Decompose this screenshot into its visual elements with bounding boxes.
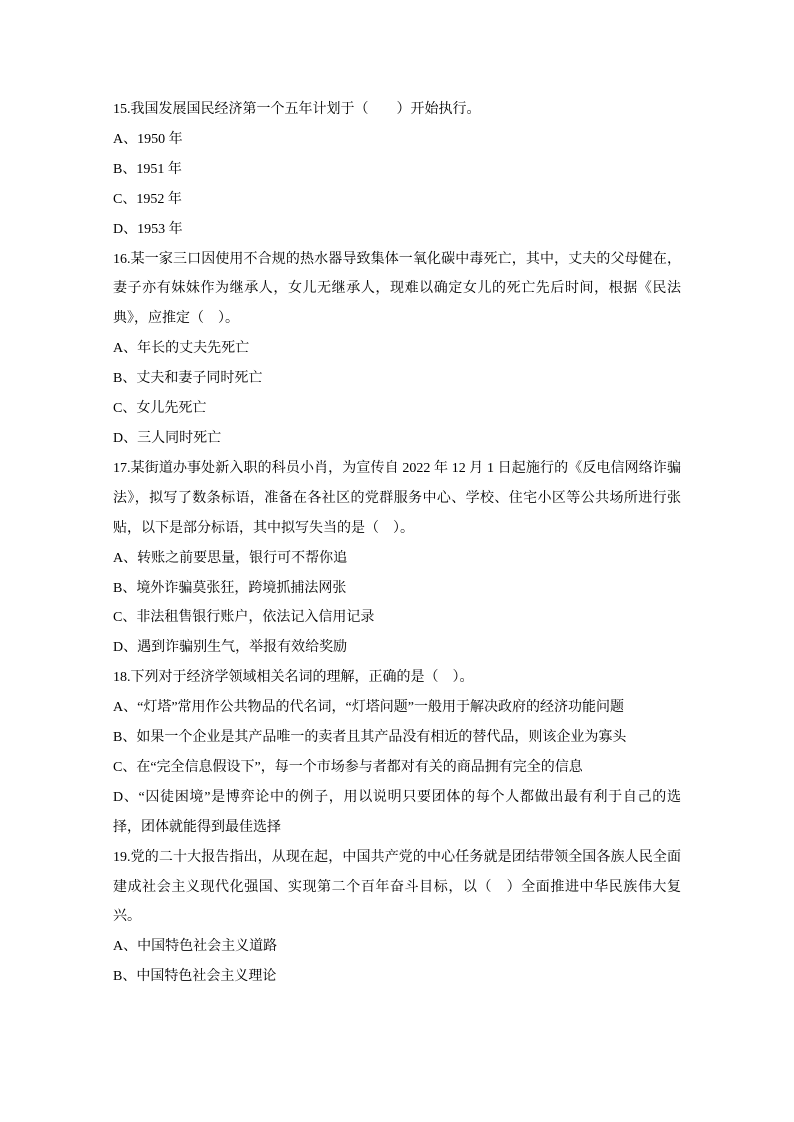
question-18-option-b: B、如果一个企业是其产品唯一的卖者且其产品没有相近的替代品，则该企业为寡头 xyxy=(113,723,681,753)
document-page: 15.我国发展国民经济第一个五年计划于（ ）开始执行。 A、1950 年 B、1… xyxy=(0,0,794,1122)
question-16-option-d: D、三人同时死亡 xyxy=(113,424,681,454)
question-18-stem: 18.下列对于经济学领域相关名词的理解，正确的是（ ）。 xyxy=(113,663,681,693)
question-18-option-a: A、“灯塔”常用作公共物品的代名词，“灯塔问题”一般用于解决政府的经济功能问题 xyxy=(113,693,681,723)
question-16-stem: 16.某一家三口因使用不合规的热水器导致集体一氧化碳中毒死亡，其中，丈夫的父母健… xyxy=(113,245,681,335)
question-19-option-b: B、中国特色社会主义理论 xyxy=(113,962,681,992)
question-19-stem: 19.党的二十大报告指出，从现在起，中国共产党的中心任务就是团结带领全国各族人民… xyxy=(113,843,681,933)
question-15-stem: 15.我国发展国民经济第一个五年计划于（ ）开始执行。 xyxy=(113,95,681,125)
question-15-option-c: C、1952 年 xyxy=(113,185,681,215)
question-16-option-c: C、女儿先死亡 xyxy=(113,394,681,424)
question-18-option-d: D、“囚徒困境”是博弈论中的例子，用以说明只要团体的每个人都做出最有利于自己的选… xyxy=(113,783,681,843)
question-18-option-c: C、在“完全信息假设下”，每一个市场参与者都对有关的商品拥有完全的信息 xyxy=(113,753,681,783)
question-17: 17.某街道办事处新入职的科员小肖，为宣传自 2022 年 12 月 1 日起施… xyxy=(113,454,681,663)
question-15: 15.我国发展国民经济第一个五年计划于（ ）开始执行。 A、1950 年 B、1… xyxy=(113,95,681,245)
question-17-option-a: A、转账之前要思量，银行可不帮你追 xyxy=(113,544,681,574)
question-18: 18.下列对于经济学领域相关名词的理解，正确的是（ ）。 A、“灯塔”常用作公共… xyxy=(113,663,681,842)
question-17-stem: 17.某街道办事处新入职的科员小肖，为宣传自 2022 年 12 月 1 日起施… xyxy=(113,454,681,544)
question-15-option-a: A、1950 年 xyxy=(113,125,681,155)
question-15-option-d: D、1953 年 xyxy=(113,215,681,245)
question-16-option-b: B、丈夫和妻子同时死亡 xyxy=(113,364,681,394)
question-17-option-b: B、境外诈骗莫张狂，跨境抓捕法网张 xyxy=(113,574,681,604)
question-16: 16.某一家三口因使用不合规的热水器导致集体一氧化碳中毒死亡，其中，丈夫的父母健… xyxy=(113,245,681,454)
question-19-option-a: A、中国特色社会主义道路 xyxy=(113,932,681,962)
question-15-option-b: B、1951 年 xyxy=(113,155,681,185)
question-17-option-c: C、非法租售银行账户，依法记入信用记录 xyxy=(113,603,681,633)
question-19: 19.党的二十大报告指出，从现在起，中国共产党的中心任务就是团结带领全国各族人民… xyxy=(113,843,681,993)
question-16-option-a: A、年长的丈夫先死亡 xyxy=(113,334,681,364)
question-17-option-d: D、遇到诈骗别生气，举报有效给奖励 xyxy=(113,633,681,663)
